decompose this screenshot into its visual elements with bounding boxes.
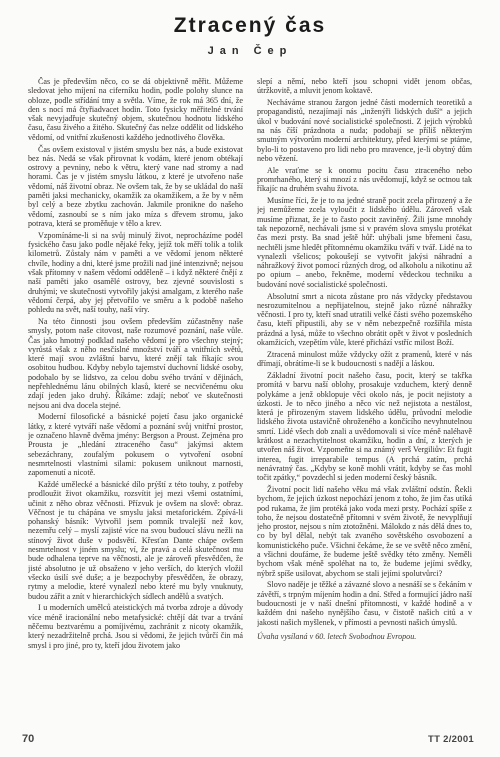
- paragraph: Vzpomínáme-li si na svůj minulý život, n…: [28, 231, 243, 315]
- paragraph: Moderní filosofické a básnické pojetí ča…: [28, 412, 243, 477]
- paragraph: Necháváme stranou žargon jedné části mod…: [257, 98, 472, 163]
- paragraph: Na této činnosti jsou ovšem především zú…: [28, 317, 243, 410]
- paragraph-continuation: slepí a němí, nebo kteří jsou schopni vi…: [257, 77, 472, 96]
- paragraph: Slovo naděje je těžké a závazné slovo a …: [257, 580, 472, 626]
- paragraph: Ale vraťme se k onomu pocitu času ztrace…: [257, 166, 472, 194]
- paragraph: Čas je především něco, co se dá objektiv…: [28, 77, 243, 142]
- paragraph: Ztracená minulost může vždycky ožít z pr…: [257, 350, 472, 369]
- paragraph: Každé umělecké a básnické dílo prýští z …: [28, 480, 243, 601]
- paragraph: Absolutní smrt a nicota zůstane pro nás …: [257, 292, 472, 348]
- article-body: Čas je především něco, co se dá objektiv…: [28, 77, 472, 717]
- page-title: Ztracený čas: [0, 14, 500, 38]
- article-author: Jan Čep: [0, 45, 500, 57]
- page-number: 70: [22, 733, 34, 745]
- article-masthead: Ztracený čas Jan Čep: [0, 14, 500, 57]
- magazine-page: Ztracený čas Jan Čep Čas je především ně…: [0, 0, 500, 757]
- paragraph: Čas ovšem existoval v jistém smyslu bez …: [28, 145, 243, 229]
- right-column-paragraphs: Necháváme stranou žargon jedné části mod…: [257, 98, 472, 627]
- paragraph: Musíme říci, že je to na jedné straně po…: [257, 196, 472, 289]
- paragraph: Základní životní pocit našeho času, poci…: [257, 371, 472, 483]
- paragraph: I u moderních umělců ateistických má tvo…: [28, 603, 243, 649]
- paragraph: Životní pocit lidí našeho věku má však z…: [257, 485, 472, 578]
- closing-note: Úvaha vysílaná v 60. letech Svobodnou Ev…: [257, 632, 472, 641]
- right-column: slepí a němí, nebo kteří jsou schopni vi…: [257, 77, 472, 717]
- left-column: Čas je především něco, co se dá objektiv…: [28, 77, 243, 717]
- page-footer: 70 TT 2/2001: [22, 733, 474, 745]
- issue-label: TT 2/2001: [428, 734, 474, 745]
